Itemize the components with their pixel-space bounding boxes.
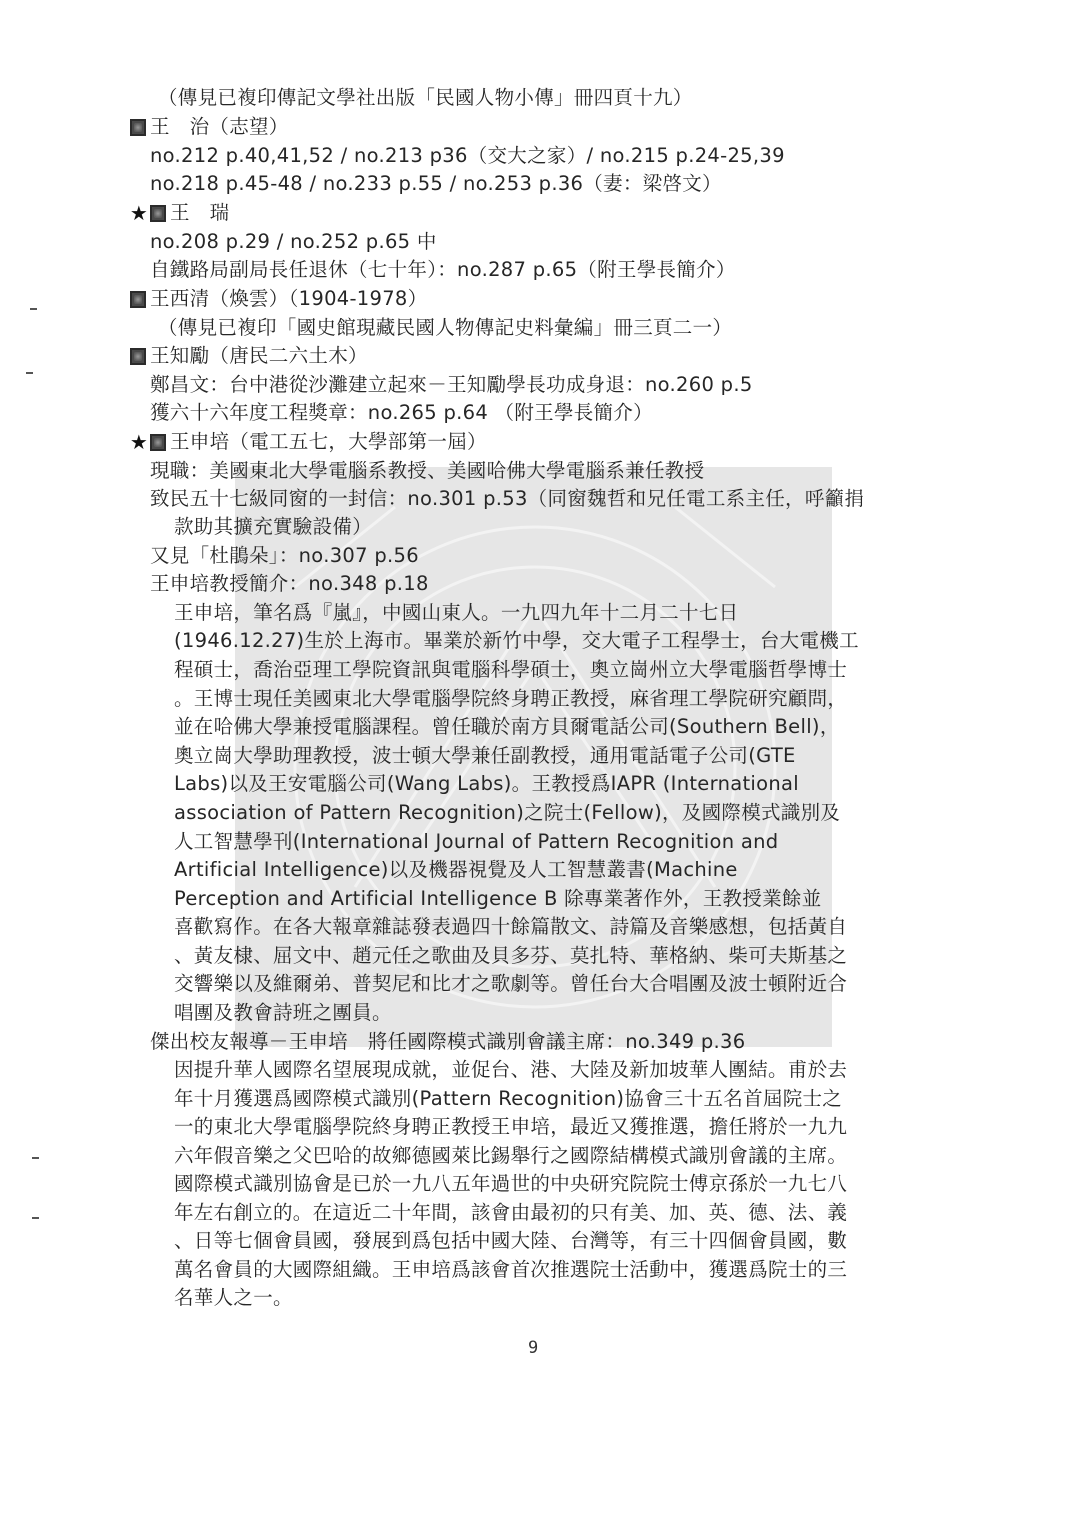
reference-line: 現職：美國東北大學電腦系教授、美國哈佛大學電腦系兼任教授 (150, 457, 704, 485)
reference-line: no.212 p.40,41,52 / no.213 p36（交大之家）/ no… (150, 142, 785, 170)
person-entry-heading: 王知勵（唐民二六土木） (130, 342, 368, 370)
biography-paragraph-line: 人工智慧學刊(International Journal of Pattern … (174, 828, 778, 856)
reference-line: no.218 p.45-48 / no.233 p.55 / no.253 p.… (150, 170, 722, 198)
seal-icon (130, 291, 146, 308)
biography-paragraph-line: (1946.12.27)生於上海市。畢業於新竹中學，交大電子工程學士，台大電機工 (174, 627, 859, 655)
biography-paragraph-line: 唱團及教會詩班之團員。 (174, 999, 392, 1027)
biography-paragraph-line: 。王博士現任美國東北大學電腦學院終身聘正教授，麻省理工學院研究顧問， (174, 685, 847, 713)
reference-line: 致民五十七級同窗的一封信：no.301 p.53（同窗魏哲和兄任電工系主任，呼籲… (150, 485, 864, 513)
person-entry-heading: 王西清（煥雲）（1904-1978） (130, 285, 427, 313)
biography-paragraph-line: 交響樂以及維爾弟、普契尼和比才之歌劇等。曾任台大合唱團及波士頓附近合 (174, 970, 847, 998)
biography-paragraph-line: 並在哈佛大學兼授電腦課程。曾任職於南方貝爾電話公司(Southern Bell)… (174, 713, 840, 741)
biography-paragraph-line: association of Pattern Recognition)之院士(F… (174, 799, 840, 827)
biography-paragraph-line: 年左右創立的。在這近二十年間，該會由最初的只有美、加、英、德、法、義 (174, 1199, 847, 1227)
seal-icon (130, 348, 146, 365)
seal-icon (150, 434, 166, 451)
reference-line: 王申培教授簡介：no.348 p.18 (150, 570, 429, 598)
biography-paragraph-line: 萬名會員的大國際組織。王申培爲該會首次推選院士活動中，獲選爲院士的三 (174, 1256, 847, 1284)
biography-paragraph-line: Artificial Intelligence)以及機器視覺及人工智慧叢書(Ma… (174, 856, 738, 884)
seal-icon (150, 205, 166, 222)
person-name: 王 瑞 (170, 199, 229, 227)
person-name: 王知勵（唐民二六土木） (150, 342, 368, 370)
reference-line: 自鐵路局副局長任退休（七十年）：no.287 p.65（附王學長簡介） (150, 256, 736, 284)
document-page: （傳見已複印傳記文學社出版「民國人物小傳」冊四頁十九）王 治（志望）no.212… (0, 0, 1070, 1536)
reference-line: no.208 p.29 / no.252 p.65 中 (150, 228, 437, 256)
biography-paragraph-line: 名華人之一。 (174, 1284, 293, 1312)
person-entry-heading: ★王 瑞 (128, 199, 229, 227)
biography-paragraph-line: 六年假音樂之父巴哈的故鄉德國萊比錫舉行之國際結構模式識別會議的主席。 (174, 1142, 847, 1170)
biography-paragraph-line: 年十月獲選爲國際模式識別(Pattern Recognition)協會三十五名首… (174, 1085, 842, 1113)
reference-line: 獲六十六年度工程獎章：no.265 p.64 （附王學長簡介） (150, 399, 653, 427)
biography-paragraph-line: Labs)以及王安電腦公司(Wang Labs)。王教授爲IAPR (Inter… (174, 770, 799, 798)
biography-paragraph-line: 程碩士，喬治亞理工學院資訊與電腦科學碩士，奧立崗州立大學電腦哲學博士 (174, 656, 847, 684)
reference-line: 鄭昌文：台中港從沙灘建立起來－王知勵學長功成身退：no.260 p.5 (150, 371, 753, 399)
person-name: 王 治（志望） (150, 113, 289, 141)
biography-note: （傳見已複印「國史館現藏民國人物傳記史料彙編」冊三頁二一） (158, 314, 732, 342)
person-name: 王申培（電工五七，大學部第一屆） (170, 428, 487, 456)
biography-paragraph-line: Perception and Artificial Intelligence B… (174, 885, 822, 913)
star-icon: ★ (128, 428, 150, 456)
person-entry-heading: ★王申培（電工五七，大學部第一屆） (128, 428, 487, 456)
biography-paragraph-line: 喜歡寫作。在各大報章雜誌發表過四十餘篇散文、詩篇及音樂感想，包括黃自 (174, 913, 847, 941)
biography-paragraph-line: 、黃友棣、屈文中、趙元任之歌曲及貝多芬、莫扎特、華格納、柴可夫斯基之 (174, 942, 847, 970)
biography-note: （傳見已複印傳記文學社出版「民國人物小傳」冊四頁十九） (158, 84, 693, 112)
biography-paragraph-line: 因提升華人國際名望展現成就，並促台、港、大陸及新加坡華人團結。甫於去 (174, 1056, 847, 1084)
star-icon: ★ (128, 199, 150, 227)
reference-line: 傑出校友報導－王申培 將任國際模式識別會議主席：no.349 p.36 (150, 1028, 745, 1056)
biography-paragraph-line: 奧立崗大學助理教授，波士頓大學兼任副教授，通用電話電子公司(GTE (174, 742, 796, 770)
reference-line: 款助其擴充實驗設備） (174, 513, 372, 541)
biography-paragraph-line: 一的東北大學電腦學院終身聘正教授王申培，最近又獲推選，擔任將於一九九 (174, 1113, 847, 1141)
reference-line: 又見「杜鵑朵」：no.307 p.56 (150, 542, 419, 570)
person-name: 王西清（煥雲）（1904-1978） (150, 285, 427, 313)
person-entry-heading: 王 治（志望） (130, 113, 289, 141)
biography-paragraph-line: 國際模式識別協會是已於一九八五年過世的中央研究院院士傅京孫於一九七八 (174, 1170, 847, 1198)
biography-paragraph-line: 、日等七個會員國，發展到爲包括中國大陸、台灣等，有三十四個會員國，數 (174, 1227, 847, 1255)
biography-paragraph-line: 王申培，筆名爲『嵐』，中國山東人。一九四九年十二月二十七日 (174, 599, 738, 627)
seal-icon (130, 119, 146, 136)
